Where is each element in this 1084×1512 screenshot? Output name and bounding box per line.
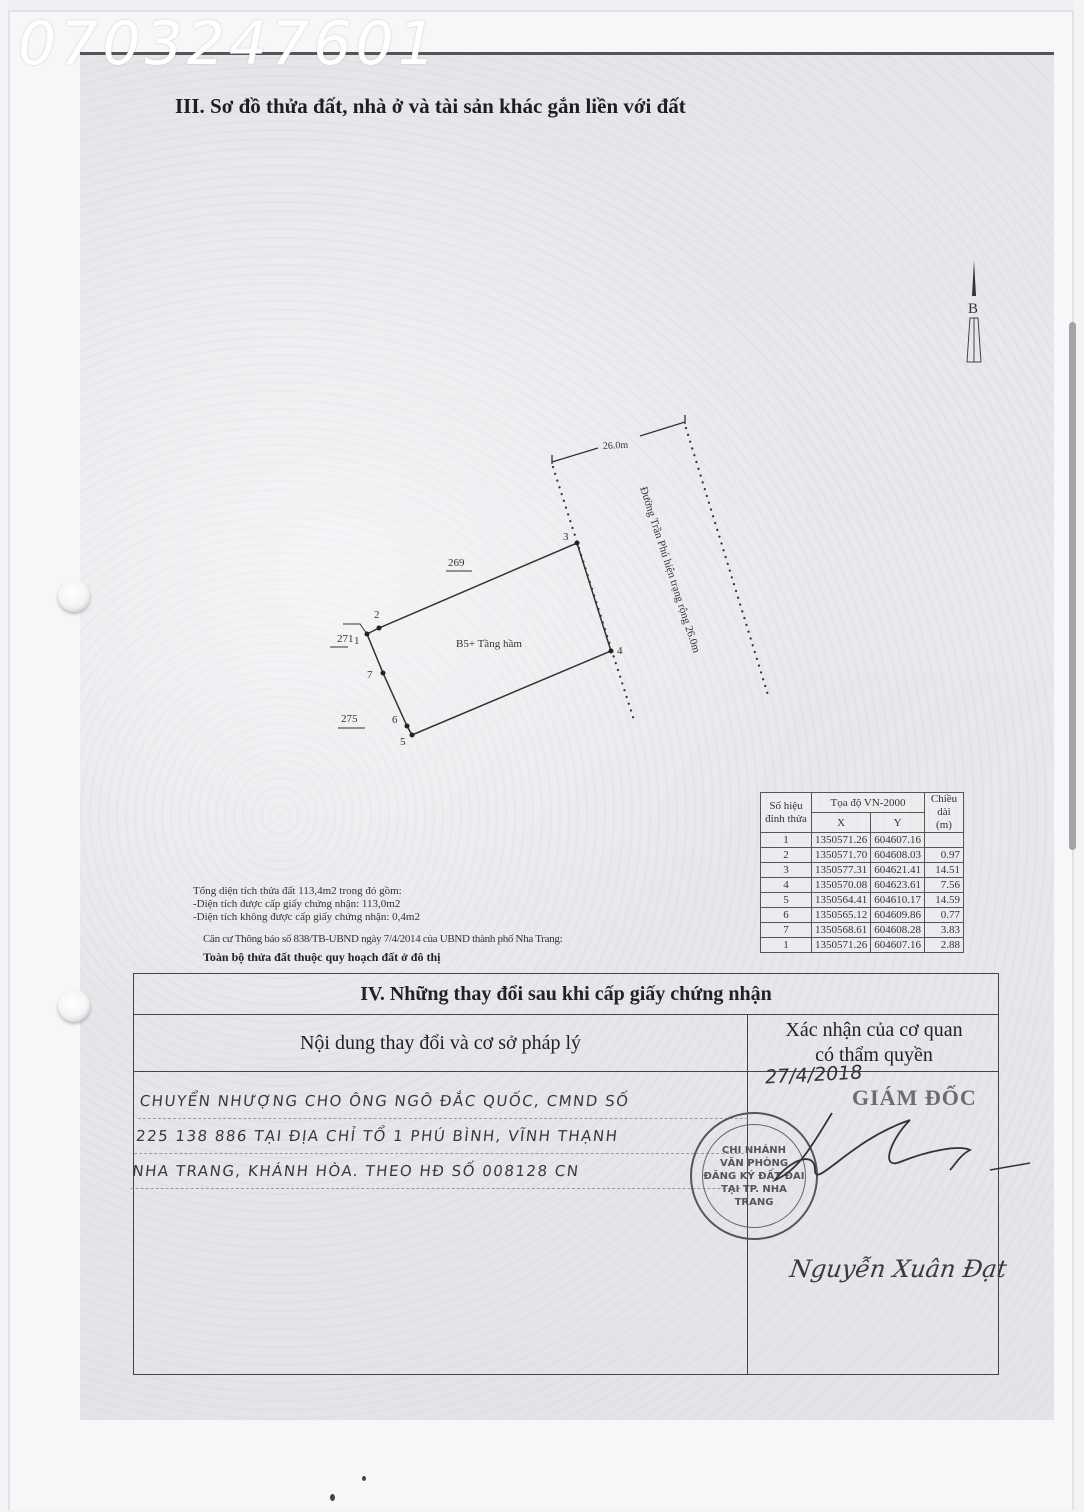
scan-speck [362, 1476, 366, 1481]
scan-speck [330, 1494, 335, 1501]
vertical-scrollbar[interactable] [1069, 322, 1076, 850]
signature-icon [0, 0, 1084, 1512]
signer-name: Nguyễn Xuân Đạt [788, 1255, 1008, 1283]
